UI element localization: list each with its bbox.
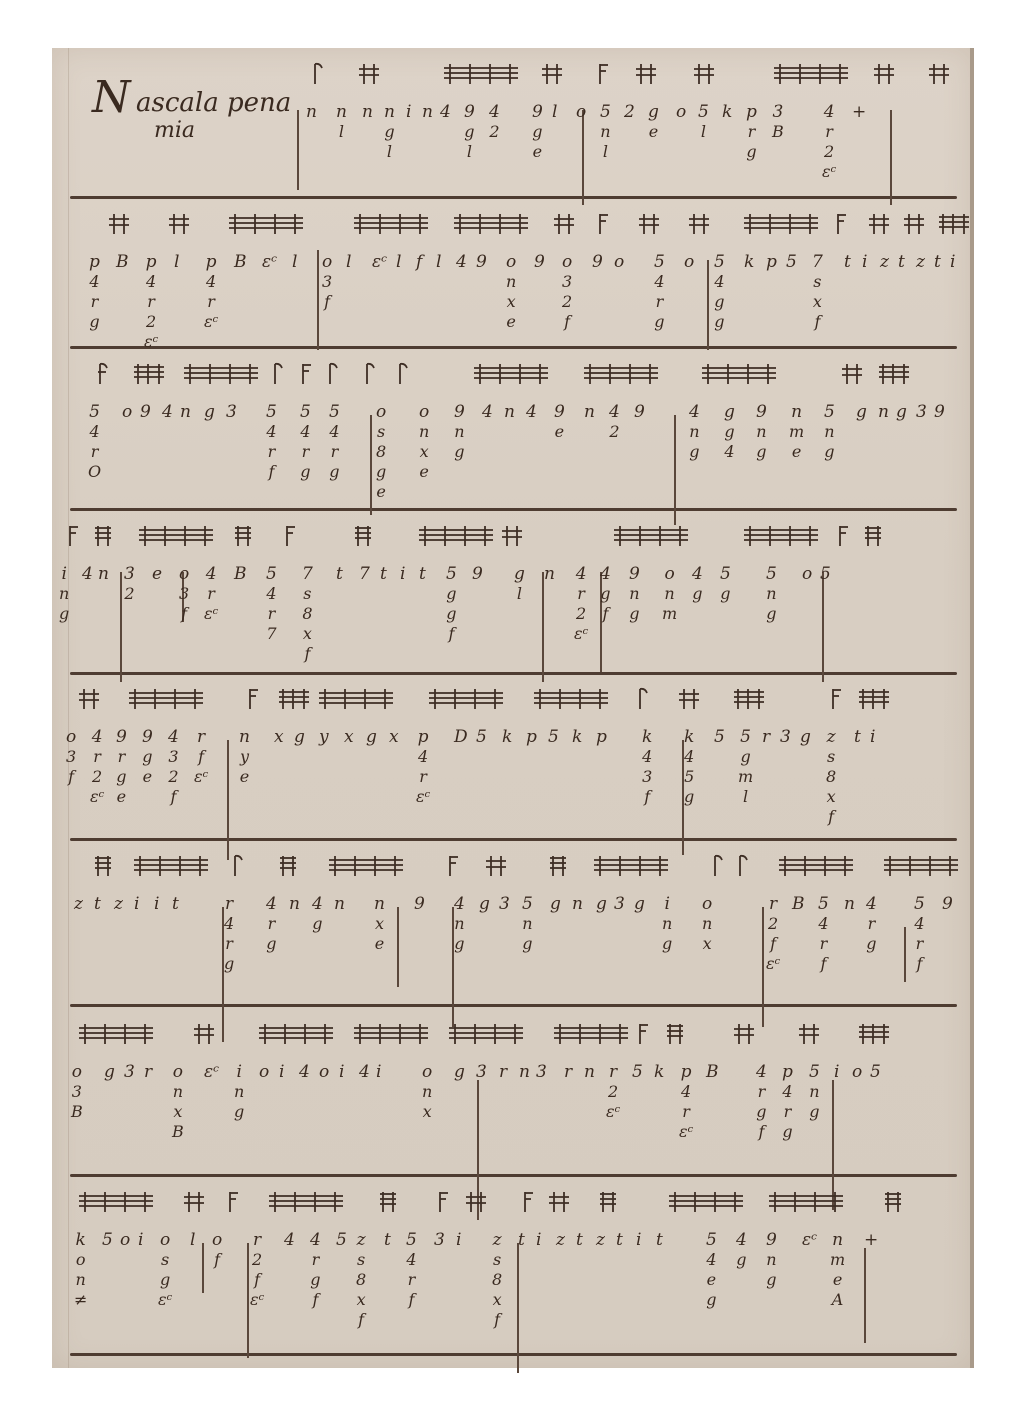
- tablature-letter: i: [138, 1230, 143, 1250]
- tablature-letter: k: [76, 1230, 86, 1250]
- tablature-chord: l: [346, 252, 351, 272]
- tablature-letter: B: [234, 252, 247, 272]
- tablature-chord: +: [852, 102, 866, 122]
- tablature-letter: g: [809, 1102, 819, 1122]
- tablature-letter: o: [684, 252, 694, 272]
- tablature-chord: o3f: [179, 564, 189, 624]
- tablature-chord: o: [802, 564, 812, 584]
- tablature-letter: n: [878, 402, 889, 422]
- rhythm-sign-icon: [352, 1020, 430, 1046]
- tablature-letter: 4: [609, 402, 620, 422]
- tablature-system-1: nnlnnglin49gl429gelo5nl2geo5lkprg3B4r2ɛᶜ…: [52, 60, 972, 210]
- tablature-letter: g: [104, 1062, 115, 1082]
- tablature-letter: r: [268, 604, 276, 624]
- bar-line: [120, 572, 122, 682]
- tablature-letter: s: [357, 1250, 365, 1270]
- tablature-chord: o: [676, 102, 686, 122]
- tablature-letter: p: [766, 252, 777, 272]
- tablature-chord: 5: [632, 1062, 643, 1082]
- tablature-chord: g: [204, 402, 215, 422]
- tablature-letter: n: [306, 102, 317, 122]
- tablature-letter: r: [408, 1270, 416, 1290]
- tablature-letter: n: [832, 1230, 843, 1250]
- tablature-letter: 2: [576, 604, 586, 624]
- tablature-letter: f: [304, 644, 310, 664]
- tablature-chord: n: [878, 402, 889, 422]
- tablature-letter: f: [214, 1250, 220, 1270]
- tablature-chord: 5ng: [766, 564, 777, 624]
- tablature-letter: 9: [934, 402, 945, 422]
- tablature-letter: t: [656, 1230, 663, 1250]
- tablature-letter: g: [160, 1270, 170, 1290]
- tablature-letter: l: [552, 102, 557, 122]
- tablature-letter: f: [68, 767, 74, 787]
- tablature-letter: g: [736, 1250, 746, 1270]
- rhythm-sign-icon: [637, 1020, 649, 1046]
- tablature-chord: t: [616, 1230, 623, 1250]
- rhythm-sign-icon: [167, 210, 191, 236]
- tablature-chord: 9: [934, 402, 945, 422]
- tablature-letter: g: [446, 584, 456, 604]
- tablature-letter: 4: [654, 272, 664, 292]
- tablature-chord: onx: [422, 1062, 432, 1122]
- tablature-letter: 4: [329, 422, 339, 442]
- tablature-chord: 5ggf: [446, 564, 457, 644]
- tablature-chord: 5: [476, 727, 487, 747]
- tablature-chord: gg4: [724, 402, 735, 462]
- rhythm-sign-icon: [277, 685, 311, 711]
- tablature-letter: 5: [600, 102, 611, 122]
- rhythm-sign-icon: [300, 360, 312, 386]
- tablature-letter: e: [117, 787, 126, 807]
- rhythm-sign-icon: [937, 210, 971, 236]
- tablature-chord: k: [572, 727, 582, 747]
- tablature-letter: o: [72, 1062, 82, 1082]
- tablature-letter: t: [898, 252, 905, 272]
- tablature-chord: o: [319, 1062, 329, 1082]
- tablature-chord: p: [596, 727, 607, 747]
- tablature-chord: i: [536, 1230, 541, 1250]
- tablature-letter: 5: [740, 727, 751, 747]
- tablature-letter: k: [654, 1062, 664, 1082]
- tablature-chord: i: [456, 1230, 461, 1250]
- tablature-chord: 5: [548, 727, 559, 747]
- rhythm-sign-icon: [872, 60, 896, 86]
- tablature-letter: 8: [356, 1270, 366, 1290]
- tablature-letter: r: [225, 934, 233, 954]
- tablature-letter: s: [377, 422, 385, 442]
- bar-line: [202, 1243, 204, 1293]
- tablature-letter: g: [89, 312, 99, 332]
- system-separator-line: [70, 1353, 957, 1356]
- tablature-letter: r: [268, 442, 276, 462]
- rhythm-sign-icon: [452, 210, 530, 236]
- tablature-chord: 4r2ɛᶜ: [822, 102, 836, 182]
- tablature-chord: 54rf: [818, 894, 829, 974]
- tablature-chord: 7s8xf: [302, 564, 313, 664]
- rhythm-sign-icon: [137, 522, 215, 548]
- tablature-chord: l: [436, 252, 441, 272]
- rhythm-sign-icon: [284, 522, 296, 548]
- bar-line: [370, 415, 372, 515]
- tablature-letter: 5: [706, 1230, 717, 1250]
- tablature-chord: 4: [526, 402, 537, 422]
- tablature-letter: ɛᶜ: [204, 312, 218, 332]
- tablature-letter: 4: [312, 894, 323, 914]
- tablature-chord: g: [550, 894, 561, 914]
- tablature-letter: B: [792, 894, 805, 914]
- tablature-chord: 5ng: [824, 402, 835, 462]
- tablature-letter: ɛᶜ: [90, 787, 104, 807]
- tablature-letter: 5: [809, 1062, 820, 1082]
- tablature-chord: zs8xf: [826, 727, 836, 827]
- tablature-letter: 4: [299, 1062, 310, 1082]
- tablature-chord: onxe: [419, 402, 429, 482]
- tablature-letter: n: [522, 914, 532, 934]
- tablature-chord: o3B: [71, 1062, 83, 1122]
- tablature-chord: g: [634, 894, 645, 914]
- rhythm-sign-icon: [132, 360, 166, 386]
- tablature-letter: B: [116, 252, 129, 272]
- rhythm-sign-icon: [92, 522, 114, 548]
- tablature-letter: e: [833, 1270, 842, 1290]
- tablature-chord: 9ng: [766, 1230, 777, 1290]
- tablature-letter: 5: [698, 102, 709, 122]
- tablature-letter: 3: [179, 584, 189, 604]
- tablature-chord: g: [856, 402, 867, 422]
- tablature-letter: r: [118, 747, 126, 767]
- tablature-letter: z: [556, 1230, 565, 1250]
- tablature-letter: 5: [266, 564, 277, 584]
- tablature-letter: g: [550, 894, 561, 914]
- tablature-chord: 9: [634, 402, 645, 422]
- tablature-letter: f: [408, 1290, 414, 1310]
- tablature-letter: 2: [824, 142, 834, 162]
- tablature-chord: 4r2ɛᶜ: [90, 727, 104, 807]
- tablature-letter: 3: [780, 727, 791, 747]
- tablature-letter: 7: [302, 564, 313, 584]
- tablature-letter: r: [197, 727, 205, 747]
- bar-line: [582, 110, 584, 205]
- tablature-chord: 4: [299, 1062, 310, 1082]
- tablature-chord: 54rg: [654, 252, 665, 332]
- rhythm-sign-icon: [447, 1020, 525, 1046]
- tablature-letter: f: [828, 807, 834, 827]
- tablature-letter: l: [346, 252, 351, 272]
- tablature-letter: 4: [266, 422, 276, 442]
- tablature-letter: 4: [866, 894, 877, 914]
- tablature-chord: 42: [609, 402, 620, 442]
- tablature-letter: r: [769, 894, 777, 914]
- tablature-letter: y: [319, 727, 329, 747]
- tablature-letter: 3: [916, 402, 927, 422]
- tablature-letter: 2: [489, 122, 499, 142]
- tablature-letter: 2: [252, 1250, 262, 1270]
- tablature-letter: ɛᶜ: [158, 1290, 172, 1310]
- tablature-letter: p: [681, 1062, 692, 1082]
- bar-line: [517, 1243, 519, 1373]
- tablature-letter: g: [294, 727, 305, 747]
- tablature-letter: g: [766, 604, 776, 624]
- tablature-letter: ɛᶜ: [250, 1290, 264, 1310]
- tablature-chord: 9rge: [116, 727, 127, 807]
- tablature-chord: z: [74, 894, 83, 914]
- rhythm-sign-icon: [472, 360, 550, 386]
- tablature-chord: 54rf: [406, 1230, 417, 1310]
- tablature-chord: i: [339, 1062, 344, 1082]
- tablature-letter: e: [555, 422, 564, 442]
- tablature-letter: g: [648, 102, 659, 122]
- tablature-letter: n: [824, 422, 834, 442]
- tablature-letter: 4: [756, 1062, 767, 1082]
- tablature-chord: 4gf: [600, 564, 611, 624]
- tablature-letter: f: [494, 1310, 500, 1330]
- tablature-letter: n: [629, 584, 639, 604]
- rhythm-sign-icon: [882, 1188, 904, 1214]
- tablature-letter: m: [789, 422, 804, 442]
- rhythm-sign-icon: [227, 210, 305, 236]
- tablature-chord: 9ng: [629, 564, 640, 624]
- tablature-letter: 4: [454, 894, 465, 914]
- tablature-chord: ge: [648, 102, 659, 142]
- tablature-letter: y: [240, 747, 249, 767]
- tablature-letter: 4: [89, 272, 99, 292]
- rhythm-sign-icon: [182, 1188, 206, 1214]
- tablature-chord: i: [138, 1230, 143, 1250]
- tablature-letter: ɛᶜ: [372, 252, 387, 272]
- tablature-letter: r: [302, 442, 310, 462]
- tablature-letter: n: [422, 1082, 432, 1102]
- tablature-chord: of: [212, 1230, 222, 1270]
- tablature-letter: r: [609, 1062, 617, 1082]
- rhythm-sign-icon: [67, 522, 79, 548]
- tablature-letter: g: [234, 1102, 244, 1122]
- rhythm-sign-icon: [377, 1188, 399, 1214]
- tablature-letter: B: [706, 1062, 719, 1082]
- tablature-chord: 3: [780, 727, 791, 747]
- tablature-letter: e: [143, 767, 152, 787]
- tablature-letter: o: [702, 894, 712, 914]
- rhythm-sign-icon: [352, 522, 374, 548]
- tablature-letter: n: [766, 1250, 776, 1270]
- tablature-letter: g: [522, 934, 532, 954]
- tablature-chord: onxe: [506, 252, 516, 332]
- tablature-letter: l: [174, 252, 179, 272]
- tablature-chord: 4: [359, 1062, 370, 1082]
- tablature-letter: r: [820, 934, 828, 954]
- tablature-letter: g: [464, 122, 474, 142]
- rhythm-sign-icon: [277, 852, 299, 878]
- tablature-chord: g: [896, 402, 907, 422]
- tablature-letter: 4: [82, 564, 93, 584]
- tablature-chord: 9: [534, 252, 545, 272]
- tablature-letter: i: [636, 1230, 641, 1250]
- rhythm-sign-icon: [835, 210, 847, 236]
- tablature-chord: ing: [662, 894, 672, 954]
- tablature-chord: 4g: [312, 894, 323, 934]
- tablature-letter: 9: [554, 402, 565, 422]
- tablature-letter: 5: [914, 894, 925, 914]
- tablature-letter: z: [74, 894, 83, 914]
- rhythm-sign-icon: [830, 685, 842, 711]
- tablature-letter: g: [376, 462, 386, 482]
- tablature-letter: D: [454, 727, 468, 747]
- tablature-letter: 4: [681, 1082, 691, 1102]
- tablature-letter: 4: [736, 1230, 747, 1250]
- tablature-letter: g: [824, 442, 834, 462]
- tablature-chord: t: [576, 1230, 583, 1250]
- rhythm-sign-icon: [597, 60, 609, 86]
- tablature-chord: g: [366, 727, 377, 747]
- tablature-letter: r: [784, 1102, 792, 1122]
- tablature-chord: g: [294, 727, 305, 747]
- tablature-letter: 3: [614, 894, 625, 914]
- tablature-letter: g: [856, 402, 867, 422]
- tablature-letter: 8: [826, 767, 836, 787]
- tablature-chord: ɛᶜ: [262, 252, 277, 272]
- tablature-chord: 9ng: [756, 402, 767, 462]
- tablature-letter: 2: [608, 1082, 618, 1102]
- tablature-letter: 4: [600, 564, 611, 584]
- rhythm-sign-icon: [447, 852, 459, 878]
- rhythm-sign-icon: [97, 360, 109, 386]
- tablature-chord: r: [499, 1062, 507, 1082]
- tablature-letter: o: [376, 402, 386, 422]
- tablature-letter: n: [791, 402, 802, 422]
- tablature-chord: r: [144, 1062, 152, 1082]
- tablature-system-6: ztziitr4rg4rgn4gnnxe94ngg35nggng3gingonx…: [52, 852, 972, 1002]
- tablature-letter: 4: [576, 564, 587, 584]
- tablature-letter: g: [600, 584, 610, 604]
- rhythm-sign-icon: [732, 685, 766, 711]
- tablature-chord: osgɛᶜ: [158, 1230, 172, 1310]
- tablature-chord: t: [419, 564, 426, 584]
- rhythm-sign-icon: [317, 685, 395, 711]
- tablature-chord: t: [172, 894, 179, 914]
- tablature-chord: o3f: [322, 252, 332, 312]
- tablature-letter: r: [144, 1062, 152, 1082]
- tablature-letter: 4: [440, 102, 451, 122]
- tablature-chord: x: [344, 727, 354, 747]
- tablature-letter: 4: [284, 1230, 295, 1250]
- tablature-chord: 9gl: [464, 102, 475, 162]
- tablature-letter: 9: [766, 1230, 777, 1250]
- rhythm-sign-icon: [597, 1188, 619, 1214]
- bar-line: [227, 740, 229, 860]
- rhythm-sign-icon: [327, 852, 405, 878]
- rhythm-sign-icon: [927, 60, 951, 86]
- tablature-letter: f: [564, 312, 570, 332]
- tablature-chord: 3: [434, 1230, 445, 1250]
- tablature-chord: 4g: [692, 564, 703, 604]
- bar-line: [822, 572, 824, 682]
- tablature-letter: i: [834, 1062, 839, 1082]
- rhythm-sign-icon: [442, 60, 520, 86]
- tablature-letter: 9: [592, 252, 603, 272]
- tablature-letter: 5: [329, 402, 340, 422]
- tablature-letter: e: [533, 142, 542, 162]
- tablature-chord: r: [564, 1062, 572, 1082]
- tablature-chord: 54rf: [266, 402, 277, 482]
- tablature-chord: o: [122, 402, 132, 422]
- tablature-chord: n: [844, 894, 855, 914]
- tablature-letter: r: [331, 442, 339, 462]
- tablature-letter: e: [375, 934, 384, 954]
- tablature-letter: p: [146, 252, 157, 272]
- tablature-letter: r: [207, 584, 215, 604]
- tablature-letter: g: [266, 934, 276, 954]
- tablature-letter: x: [813, 292, 822, 312]
- tablature-chord: 3: [916, 402, 927, 422]
- tablature-letter: g: [366, 727, 377, 747]
- tablature-system-3: 54rOo94ng354rf54rg54rgos8geonxe9ng4n49en…: [52, 360, 972, 510]
- tablature-chord: 5: [786, 252, 797, 272]
- tablature-chord: z: [880, 252, 889, 272]
- rhythm-sign-icon: [877, 360, 911, 386]
- tablature-letter: ɛᶜ: [204, 1062, 219, 1082]
- tablature-letter: i: [236, 1062, 241, 1082]
- tablature-letter: n: [180, 402, 191, 422]
- rhythm-sign-icon: [797, 1020, 821, 1046]
- tablature-letter: g: [532, 122, 542, 142]
- tablature-letter: s: [161, 1250, 169, 1270]
- tablature-letter: f: [198, 747, 204, 767]
- tablature-letter: g: [654, 312, 664, 332]
- bar-line: [397, 907, 399, 987]
- rhythm-sign-icon: [667, 1188, 745, 1214]
- tablature-letter: x: [493, 1290, 502, 1310]
- tablature-letter: 4: [266, 584, 276, 604]
- tablature-letter: 4: [168, 727, 179, 747]
- tablature-chord: 3: [614, 894, 625, 914]
- tablature-letter: g: [224, 954, 234, 974]
- tablature-chord: 42: [489, 102, 500, 142]
- tablature-chord: g: [104, 1062, 115, 1082]
- tablature-letter: B: [234, 564, 247, 584]
- bar-line: [297, 110, 299, 190]
- bar-line: [542, 572, 544, 682]
- tablature-letter: x: [375, 914, 384, 934]
- tablature-system-2: p4rgBp4r2ɛᶜlp4rɛᶜBɛᶜlo3flɛᶜlfl49onxe9o32…: [52, 210, 972, 360]
- tablature-chord: B: [706, 1062, 719, 1082]
- rhythm-sign-icon: [257, 1020, 335, 1046]
- tablature-letter: 9: [634, 402, 645, 422]
- tablature-chord: t: [384, 1230, 391, 1250]
- tablature-letter: t: [518, 1230, 525, 1250]
- tablature-letter: o: [66, 727, 76, 747]
- tablature-letter: 4: [310, 1230, 321, 1250]
- tablature-chord: n: [289, 894, 300, 914]
- tablature-chord: n: [306, 102, 317, 122]
- tablature-letter: 9: [472, 564, 483, 584]
- tablature-chord: onm: [662, 564, 677, 624]
- tablature-chord: 4rg: [266, 894, 277, 954]
- tablature-letter: ɛᶜ: [606, 1102, 620, 1122]
- tablature-letter: g: [454, 442, 464, 462]
- tablature-letter: 4: [406, 1250, 416, 1270]
- tablature-letter: 4: [526, 402, 537, 422]
- tablature-chord: 54rg: [329, 402, 340, 482]
- tablature-chord: B: [234, 564, 247, 584]
- tablature-letter: i: [950, 252, 955, 272]
- tablature-chord: 9: [476, 252, 487, 272]
- tablature-chord: o: [852, 1062, 862, 1082]
- tablature-chord: os8ge: [376, 402, 386, 502]
- tablature-letter: f: [814, 312, 820, 332]
- tablature-chord: i: [834, 1062, 839, 1082]
- tablature-chord: 9ge: [532, 102, 543, 162]
- tablature-chord: p: [526, 727, 537, 747]
